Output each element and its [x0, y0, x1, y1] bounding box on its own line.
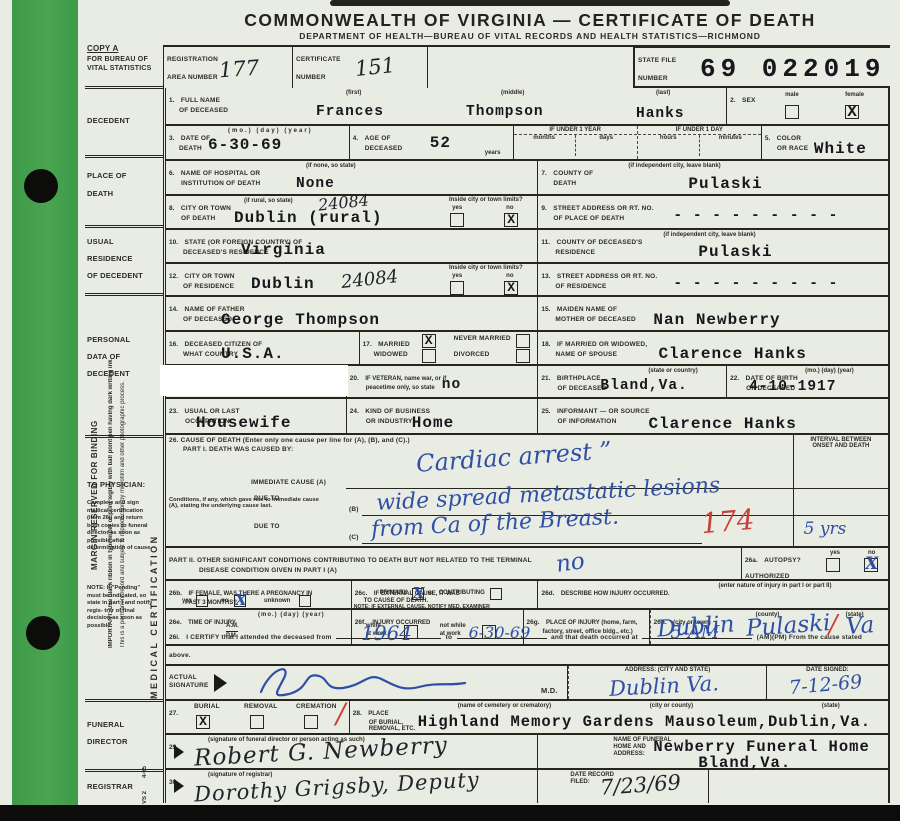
- field-full-name: 1. FULL NAME (first) (middle) (last) OF …: [166, 88, 727, 124]
- street-of-residence-value: - - - - - - - - -: [673, 276, 838, 292]
- field-sex: 2. SEX male female X: [727, 88, 888, 124]
- field-registrar-signature: 30. (signature of registrar) Dorothy Gri…: [166, 770, 538, 803]
- limits-no-checkbox: X: [504, 281, 518, 295]
- field-city-limits-death: Inside city or town limits? yes no X: [434, 196, 538, 228]
- field-county-of-death: 7. COUNTY OF (if independent city, leave…: [538, 161, 888, 194]
- field-age: 4. AGE OF DECEASED 52 years: [350, 126, 514, 159]
- section-personal-3: DECEDENT: [87, 369, 130, 378]
- attended-to-value: 6-30-69: [469, 623, 531, 642]
- limits-yes-checkbox: [450, 213, 464, 227]
- pending-note: NOTE: If "Pending" must be indicated, so…: [87, 585, 155, 630]
- medical-certification-label: MEDICAL CERTIFICATION: [149, 437, 160, 699]
- place-of-burial-value: Highland Memory Gardens Mausoleum,Dublin…: [418, 713, 871, 731]
- hole-punch: [26, 616, 60, 650]
- pregnancy-no-checkbox: X: [234, 595, 246, 607]
- arrow-icon: [214, 674, 227, 692]
- field-color-or-race: 5. COLOR OR RACE White: [762, 126, 888, 159]
- widowed-checkbox: [422, 349, 436, 363]
- divorced-checkbox: [516, 349, 530, 363]
- scan-artifact: [330, 0, 730, 6]
- arrow-icon: [174, 745, 184, 759]
- married-checkbox: X: [422, 334, 436, 348]
- field-cause-of-death: 26.CAUSE OF DEATH (Enter only one cause …: [166, 435, 794, 546]
- section-funeral-2: DIRECTOR: [87, 737, 128, 746]
- middle-name-value: Thompson: [466, 104, 544, 120]
- field-physician-address: ADDRESS: (CITY AND STATE) Dublin Va.: [568, 666, 767, 699]
- field-external-cause: 26c. IF EXTERNAL CAUSE, IT WAS PRIMARY X…: [352, 581, 539, 608]
- field-if-under-1-year: IF UNDER 1 YEAR months days: [514, 126, 638, 159]
- last-name-value: Hanks: [636, 106, 685, 122]
- blank-cell: [709, 770, 888, 803]
- informant-value: Clarence Hanks: [648, 415, 796, 433]
- section-residence-1: USUAL: [87, 237, 114, 246]
- to-physician-note: Complete and sign medical certification …: [87, 500, 153, 553]
- first-name-value: Frances: [316, 104, 384, 120]
- removal-checkbox: [250, 715, 264, 729]
- cause-code-red: 174: [700, 503, 756, 541]
- part2-value: no: [554, 548, 586, 578]
- field-funeral-director-signature: 29. (signature of funeral director or pe…: [166, 735, 538, 768]
- cremation-checkbox: [304, 715, 318, 729]
- date-of-death-value: 6-30-69: [208, 136, 282, 154]
- section-residence-3: OF DECEDENT: [87, 271, 143, 280]
- field-spouse-name: 18. IF MARRIED OR WIDOWED, NAME OF SPOUS…: [538, 332, 888, 364]
- citizen-of-value: U.S.A.: [221, 345, 285, 363]
- certificate-subtitle: DEPARTMENT OF HEALTH—BUREAU OF VITAL REC…: [200, 31, 860, 41]
- pregnancy-unknown-checkbox: [299, 595, 311, 607]
- date-record-filed-value: 7/23/69: [600, 770, 682, 800]
- date-signed-value: 7-12-69: [788, 671, 863, 699]
- field-citizen-of: 16. DECEASED CITIZEN OF WHAT COUNTRY U.S…: [166, 332, 360, 364]
- binding-stripe: [12, 0, 78, 807]
- business-value: Home: [412, 414, 454, 432]
- section-funeral-1: FUNERAL: [87, 720, 124, 729]
- birthplace-value: Bland,Va.: [600, 378, 687, 394]
- field-how-injury-occurred: 26d. DESCRIBE HOW INJURY OCCURRED. (ente…: [538, 581, 888, 608]
- field-street-of-residence: 13. STREET ADDRESS OR RT. NO. OF RESIDEN…: [538, 264, 888, 295]
- section-personal-2: DATA OF: [87, 352, 120, 361]
- field-funeral-home: NAME OF FUNERAL HOME AND ADDRESS: Newber…: [538, 735, 888, 768]
- autopsy-yes-checkbox: [826, 558, 840, 572]
- field-business: 24. KIND OF BUSINESS OR INDUSTRY Home: [347, 399, 539, 433]
- never-married-checkbox: [516, 334, 530, 348]
- form-code: 4-65: [142, 752, 148, 778]
- sex-female-checkbox: X: [845, 105, 859, 119]
- field-state-of-residence: 10. STATE (OR FOREIGN COUNTRY) OF DECEAS…: [166, 230, 538, 262]
- field-veteran: 20. IF VETERAN, name war, or if peacetim…: [347, 366, 539, 397]
- burial-checkbox: X: [196, 715, 210, 729]
- physician-address-value: Dublin Va.: [609, 671, 720, 701]
- field-street-of-death: 9. STREET ADDRESS OR RT. NO. OF PLACE OF…: [538, 196, 888, 228]
- field-interval-onset-death: INTERVAL BETWEEN ONSET AND DEATH 5 yrs: [794, 435, 888, 546]
- field-mother-name: 15. MAIDEN NAME OF MOTHER OF DECEASED Na…: [538, 297, 888, 330]
- redaction-box: [160, 365, 348, 396]
- date-of-birth-value: 4-10-1917: [749, 379, 836, 395]
- certificate-title: COMMONWEALTH OF VIRGINIA — CERTIFICATE O…: [200, 10, 860, 31]
- form-code: VS 2: [142, 782, 148, 804]
- city-of-residence-value: Dublin: [251, 275, 315, 293]
- field-part2-conditions: PART II. OTHER SIGNIFICANT CONDITIONS CO…: [166, 548, 742, 579]
- sex-male-checkbox: [785, 105, 799, 119]
- interval-value: 5 yrs: [804, 519, 847, 539]
- veteran-value: no: [442, 377, 461, 393]
- certificate-number-box: CERTIFICATE NUMBER 151: [293, 47, 428, 88]
- state-of-residence-value: Virginia: [241, 241, 326, 259]
- field-pregnancy: 26b. IF FEMALE, WAS THERE A PREGNANCY IN…: [166, 581, 352, 608]
- red-slash-mark: /: [336, 697, 345, 730]
- field-city-limits-residence: Inside city or town limits? yes no X: [434, 264, 538, 295]
- city-of-death-value: Dublin (rural): [234, 209, 382, 227]
- field-if-under-1-day: IF UNDER 1 DAY hours minutes: [638, 126, 762, 159]
- autopsy-no-checkbox: X: [864, 558, 878, 572]
- pregnancy-yes-checkbox: [196, 595, 208, 607]
- external-contributing-checkbox: [490, 588, 502, 600]
- copy-label: COPY A: [87, 44, 118, 54]
- age-value: 52: [430, 134, 451, 152]
- field-informant: 25. INFORMANT — OR SOURCE OF INFORMATION…: [538, 399, 888, 433]
- section-personal-1: PERSONAL: [87, 335, 130, 344]
- field-birthplace: 21. BIRTHPLACE (state or country) OF DEC…: [538, 366, 727, 397]
- field-county-of-residence: 11. COUNTY OF DECEASED'S (if independent…: [538, 230, 888, 262]
- field-place-of-burial: 28. PLACE OF BURIAL, REMOVAL, ETC. (name…: [350, 701, 888, 733]
- registration-area-number-value: 177: [218, 56, 260, 83]
- field-redacted: [166, 366, 347, 397]
- section-place-of-death-2: DEATH: [87, 189, 113, 198]
- to-physician-title: TO PHYSICIAN:: [87, 480, 149, 489]
- field-marital-status: 17. MARRIED X NEVER MARRIED WIDOWED DIVO…: [360, 332, 539, 364]
- certificate-form: 1. FULL NAME (first) (middle) (last) OF …: [163, 88, 890, 803]
- section-place-of-death-1: PLACE OF: [87, 171, 127, 180]
- color-or-race-value: White: [814, 140, 867, 158]
- father-name-value: George Thompson: [221, 311, 380, 329]
- field-date-of-birth: 22. DATE OF BIRTH (mo.) (day) (year) OF …: [727, 366, 888, 397]
- hospital-value: None: [296, 176, 335, 192]
- section-registrar: REGISTRAR: [87, 782, 133, 791]
- county-of-death-value: Pulaski: [688, 175, 762, 193]
- state-file-number-box: STATE FILE NUMBER 69 022019: [633, 47, 890, 88]
- street-of-death-value: - - - - - - - - -: [673, 208, 838, 224]
- hole-punch: [24, 169, 58, 203]
- certificate-number-value: 151: [354, 53, 396, 81]
- field-father-name: 14. NAME OF FATHER OF DECEASED George Th…: [166, 297, 538, 330]
- field-physician-signature: ACTUAL SIGNATURE M.D.: [166, 666, 568, 699]
- registration-area-number-box: REGISTRATION AREA NUMBER 177: [163, 47, 293, 88]
- limits-no-checkbox: X: [504, 213, 518, 227]
- scan-bottom-edge: [0, 805, 900, 821]
- occupation-value: Housewife: [196, 414, 291, 432]
- death-time-value: 5-AM: [670, 622, 719, 643]
- field-city-of-residence: 12. CITY OR TOWN OF RESIDENCE Dublin 240…: [166, 264, 434, 295]
- field-date-of-death: 3. DATE OF (mo.) (day) (year) DEATH 6-30…: [166, 126, 350, 159]
- mother-name-value: Nan Newberry: [653, 311, 780, 329]
- field-autopsy: 26a. AUTOPSY? yes no X AUTHORIZED BY:: [742, 548, 888, 579]
- field-disposition: 27. BURIAL REMOVAL CREMATION X /: [166, 701, 350, 733]
- state-file-number-value: 69 022019: [700, 54, 885, 84]
- field-date-signed: DATE SIGNED: 7-12-69: [767, 666, 888, 699]
- physician-signature: [241, 662, 501, 702]
- spouse-name-value: Clarence Hanks: [658, 345, 806, 363]
- limits-yes-checkbox: [450, 281, 464, 295]
- attended-from-value: 1964: [361, 621, 412, 645]
- copy-for-line1: FOR BUREAU OF: [87, 56, 148, 65]
- cause-a-value: Cardiac arrest ”: [415, 436, 612, 478]
- copy-for-line2: VITAL STATISTICS: [87, 65, 152, 74]
- section-residence-2: RESIDENCE: [87, 254, 133, 263]
- field-city-of-death: 8. CITY OR TOWN (if rural, so state) OF …: [166, 196, 434, 228]
- field-date-record-filed: DATE RECORD FILED: 7/23/69: [538, 770, 709, 803]
- section-decedent: DECEDENT: [87, 116, 130, 125]
- field-occupation: 23. USUAL OR LAST OCCUPATION Housewife: [166, 399, 347, 433]
- death-certificate-scan: MARGIN RESERVED FOR BINDING IMPORTANT: U…: [0, 0, 900, 821]
- county-of-residence-value: Pulaski: [698, 243, 772, 261]
- arrow-icon: [174, 779, 184, 793]
- field-hospital: 6. NAME OF HOSPITAL OR (if none, so stat…: [166, 161, 538, 194]
